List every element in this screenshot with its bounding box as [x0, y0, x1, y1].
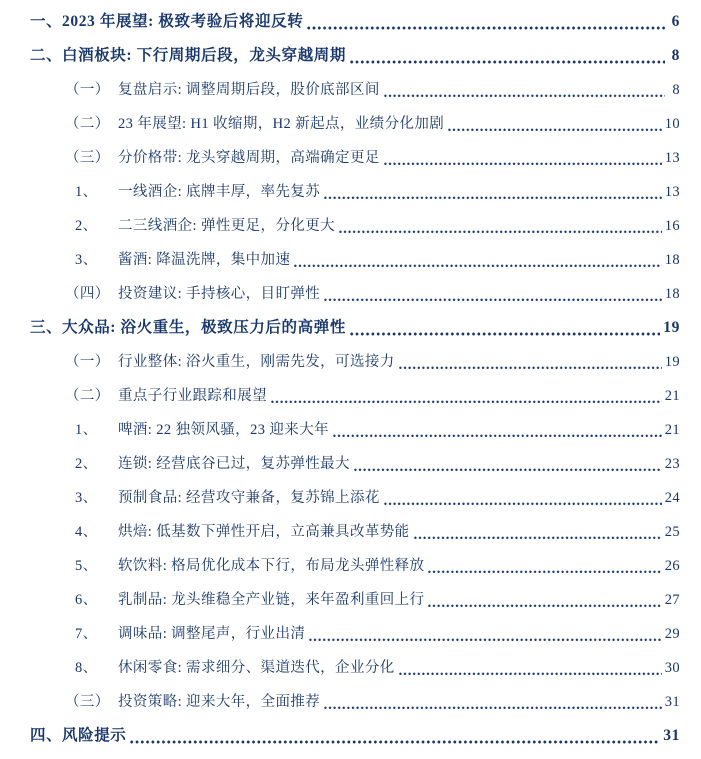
dot-leader	[350, 37, 665, 65]
toc-entry[interactable]: （一） 复盘启示: 调整周期后段，股价底部区间 8	[0, 71, 680, 105]
toc-entry-page: 8	[668, 82, 680, 99]
toc-entry-page: 27	[665, 592, 680, 609]
toc-entry-number: 1、	[75, 180, 118, 201]
toc-entry-page: 19	[665, 354, 680, 371]
toc-entry-number: 2、	[75, 452, 118, 473]
toc-entry-page: 13	[665, 150, 680, 167]
dot-leader	[354, 445, 662, 473]
toc-entry-label: 23 年展望: H1 收缩期，H2 新起点，业绩分化加剧	[118, 112, 444, 133]
dot-leader	[339, 207, 662, 235]
toc-entry-page: 19	[663, 319, 680, 337]
toc-entry-number: 6、	[75, 588, 118, 609]
dot-leader	[307, 3, 665, 31]
toc-entry[interactable]: 2、 连锁: 经营底谷已过，复苏弹性最大 23	[0, 445, 680, 479]
toc-entry-number: 8、	[75, 656, 118, 677]
toc-entry-page: 31	[665, 694, 680, 711]
dot-leader	[324, 683, 662, 711]
dot-leader	[428, 547, 661, 575]
toc-entry-number: 3、	[75, 486, 118, 507]
dot-leader	[324, 173, 662, 201]
dot-leader	[414, 513, 662, 541]
toc-entry-label: 预制食品: 经营攻守兼备，复苏锦上添花	[118, 486, 380, 507]
toc-entry-page: 21	[665, 422, 680, 439]
toc-entry[interactable]: 2、 二三线酒企: 弹性更足，分化更大 16	[0, 207, 680, 241]
toc-entry-page: 30	[665, 660, 680, 677]
toc-entry-number: （三）	[65, 146, 118, 167]
dot-leader	[384, 139, 662, 167]
toc-entry-number: （三）	[65, 690, 118, 711]
toc-entry[interactable]: 二、 白酒板块: 下行周期后段，龙头穿越周期 8	[0, 37, 680, 71]
toc-entry-page: 8	[668, 47, 680, 65]
toc-entry-label: 酱酒: 降温洗牌，集中加速	[118, 248, 290, 269]
toc-entry-number: 四、	[0, 723, 62, 745]
toc-entry[interactable]: 三、 大众品: 浴火重生，极致压力后的高弹性 19	[0, 309, 680, 343]
toc-entry-number: 7、	[75, 622, 118, 643]
toc-entry-number: （一）	[65, 350, 118, 371]
toc-entry-label: 投资建议: 手持核心，目盯弹性	[118, 282, 320, 303]
dot-leader	[324, 275, 662, 303]
toc-entry-label: 重点子行业跟踪和展望	[118, 384, 267, 405]
toc-entry-page: 6	[668, 13, 680, 31]
toc-entry-page: 29	[665, 626, 680, 643]
toc-entry[interactable]: 1、 一线酒企: 底牌丰厚，率先复苏 13	[0, 173, 680, 207]
dot-leader	[333, 411, 662, 439]
dot-leader	[384, 479, 662, 507]
toc-entry[interactable]: （二） 23 年展望: H1 收缩期，H2 新起点，业绩分化加剧 10	[0, 105, 680, 139]
toc-entry-number: （四）	[65, 282, 118, 303]
toc-entry-label: 行业整体: 浴火重生，刚需先发，可选接力	[118, 350, 395, 371]
dot-leader	[271, 377, 662, 405]
toc-entry-label: 二三线酒企: 弹性更足，分化更大	[118, 214, 335, 235]
toc-entry[interactable]: 8、 休闲零食: 需求细分、渠道迭代，企业分化 30	[0, 649, 680, 683]
toc-entry[interactable]: 5、 软饮料: 格局优化成本下行，布局龙头弹性释放 26	[0, 547, 680, 581]
toc-entry[interactable]: 3、 预制食品: 经营攻守兼备，复苏锦上添花 24	[0, 479, 680, 513]
toc-entry[interactable]: 6、 乳制品: 龙头维稳全产业链，来年盈利重回上行 27	[0, 581, 680, 615]
toc-entry[interactable]: 7、 调味品: 调整尾声，行业出清 29	[0, 615, 680, 649]
toc-entry-page: 10	[665, 116, 680, 133]
toc-entry-number: 2、	[75, 214, 118, 235]
toc-entry-number: 二、	[0, 43, 62, 65]
toc-entry[interactable]: （一） 行业整体: 浴火重生，刚需先发，可选接力 19	[0, 343, 680, 377]
toc-entry-label: 休闲零食: 需求细分、渠道迭代，企业分化	[118, 656, 395, 677]
toc-entry-page: 18	[665, 286, 680, 303]
toc-entry-number: 5、	[75, 554, 118, 575]
toc-entry-label: 大众品: 浴火重生，极致压力后的高弹性	[62, 315, 346, 337]
toc-entry-number: （一）	[65, 78, 118, 99]
toc-entry-label: 啤酒: 22 独领风骚，23 迎来大年	[118, 418, 329, 439]
toc-entry[interactable]: 四、 风险提示 31	[0, 717, 680, 751]
toc-entry-number: 一、	[0, 9, 62, 31]
toc-entry-label: 2023 年展望: 极致考验后将迎反转	[62, 9, 303, 31]
toc-entry-label: 烘焙: 低基数下弹性开启，立高兼具改革势能	[118, 520, 410, 541]
dot-leader	[130, 717, 660, 745]
toc-entry-page: 26	[665, 558, 680, 575]
toc-entry-number: （二）	[65, 112, 118, 133]
dot-leader	[350, 309, 660, 337]
toc-entry-number: 1、	[75, 418, 118, 439]
dot-leader	[294, 241, 661, 269]
toc-entry-number: 3、	[75, 248, 118, 269]
toc-entry[interactable]: 1、 啤酒: 22 独领风骚，23 迎来大年 21	[0, 411, 680, 445]
toc-entry-label: 一线酒企: 底牌丰厚，率先复苏	[118, 180, 320, 201]
toc-entry-label: 复盘启示: 调整周期后段，股价底部区间	[118, 78, 380, 99]
toc-entry[interactable]: （三） 分价格带: 龙头穿越周期，高端确定更足 13	[0, 139, 680, 173]
toc-list: 一、 2023 年展望: 极致考验后将迎反转 6 二、 白酒板块: 下行周期后段…	[0, 3, 680, 751]
toc-entry[interactable]: 4、 烘焙: 低基数下弹性开启，立高兼具改革势能 25	[0, 513, 680, 547]
toc-entry-label: 分价格带: 龙头穿越周期，高端确定更足	[118, 146, 380, 167]
toc-entry-page: 13	[665, 184, 680, 201]
toc-entry-label: 白酒板块: 下行周期后段，龙头穿越周期	[62, 43, 346, 65]
toc-entry-number: 三、	[0, 315, 62, 337]
toc-entry-label: 连锁: 经营底谷已过，复苏弹性最大	[118, 452, 350, 473]
dot-leader	[399, 343, 662, 371]
toc-entry-number: 4、	[75, 520, 118, 541]
toc-entry-page: 18	[665, 252, 680, 269]
toc-entry-label: 软饮料: 格局优化成本下行，布局龙头弹性释放	[118, 554, 424, 575]
toc-entry-page: 24	[665, 490, 680, 507]
dot-leader	[384, 71, 665, 99]
toc-entry-label: 投资策略: 迎来大年，全面推荐	[118, 690, 320, 711]
toc-entry-page: 16	[665, 218, 680, 235]
toc-entry[interactable]: 3、 酱酒: 降温洗牌，集中加速 18	[0, 241, 680, 275]
toc-page: 一、 2023 年展望: 极致考验后将迎反转 6 二、 白酒板块: 下行周期后段…	[0, 0, 701, 759]
toc-entry-number: （二）	[65, 384, 118, 405]
toc-entry-page: 21	[665, 388, 680, 405]
toc-entry[interactable]: （二） 重点子行业跟踪和展望 21	[0, 377, 680, 411]
toc-entry-label: 风险提示	[62, 723, 126, 745]
toc-entry[interactable]: （三） 投资策略: 迎来大年，全面推荐 31	[0, 683, 680, 717]
dot-leader	[309, 615, 661, 643]
toc-entry[interactable]: 一、 2023 年展望: 极致考验后将迎反转 6	[0, 3, 680, 37]
toc-entry[interactable]: （四） 投资建议: 手持核心，目盯弹性 18	[0, 275, 680, 309]
toc-entry-page: 23	[665, 456, 680, 473]
toc-entry-page: 25	[665, 524, 680, 541]
toc-entry-label: 乳制品: 龙头维稳全产业链，来年盈利重回上行	[118, 588, 424, 609]
toc-entry-page: 31	[663, 727, 680, 745]
toc-entry-label: 调味品: 调整尾声，行业出清	[118, 622, 305, 643]
dot-leader	[428, 581, 661, 609]
dot-leader	[399, 649, 662, 677]
dot-leader	[448, 105, 662, 133]
